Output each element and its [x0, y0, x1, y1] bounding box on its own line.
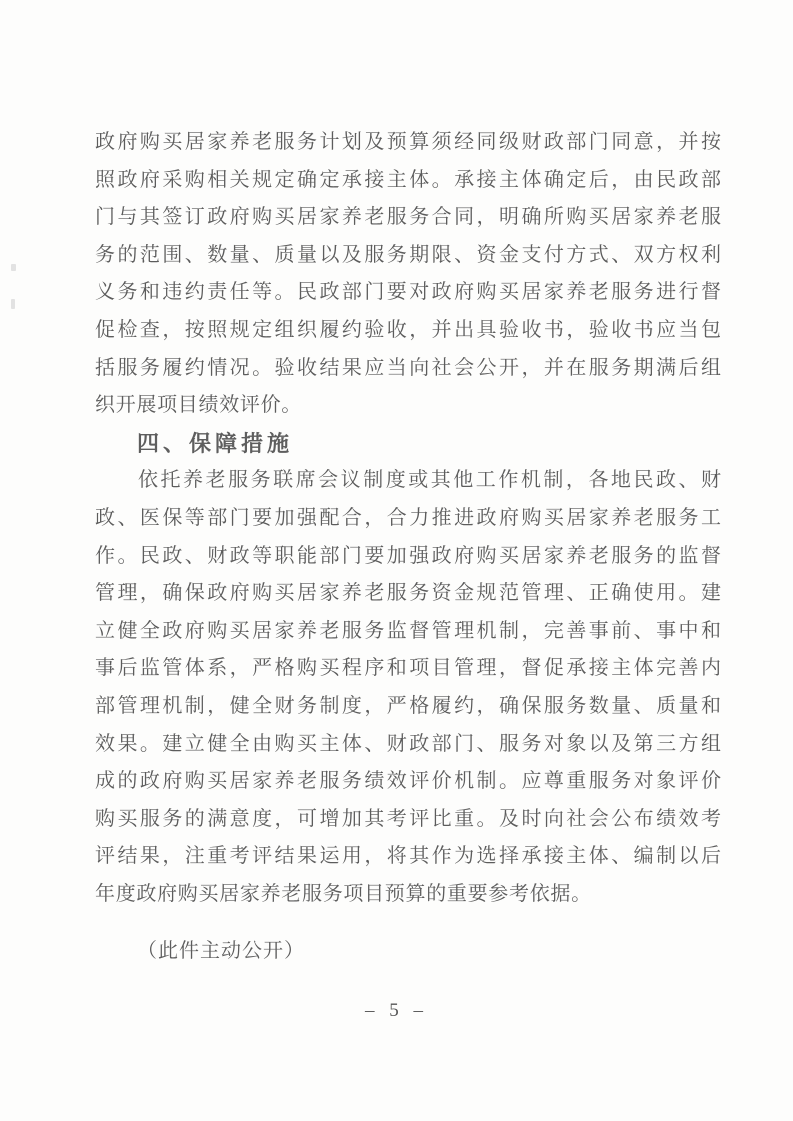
document-page: 政府购买居家养老服务计划及预算须经同级财政部门同意，并按照政府采购相关规定确定承…: [0, 0, 793, 1121]
text-line: 照政府采购相关规定确定承接主体。承接主体确定后，由民政部: [95, 162, 721, 200]
text-line: 立健全政府购买居家养老服务监督管理机制，完善事前、事中和: [95, 613, 721, 651]
text-line: 门与其签订政府购买居家养老服务合同，明确所购买居家养老服: [95, 199, 721, 237]
text-line: 部管理机制，健全财务制度，严格履约，确保服务数量、质量和: [95, 688, 721, 726]
text-line: 括服务履约情况。验收结果应当向社会公开，并在服务期满后组: [95, 350, 721, 388]
text-line: 义务和违约责任等。民政部门要对政府购买居家养老服务进行督: [95, 274, 721, 312]
text-line: 作。民政、财政等职能部门要加强政府购买居家养老服务的监督: [95, 538, 721, 576]
text-line: 事后监管体系，严格购买程序和项目管理，督促承接主体完善内: [95, 650, 721, 688]
text-line: 务的范围、数量、质量以及服务期限、资金支付方式、双方权利: [95, 237, 721, 275]
text-line: 政、医保等部门要加强配合，合力推进政府购买居家养老服务工: [95, 500, 721, 538]
text-line: 年度政府购买居家养老服务项目预算的重要参考依据。: [95, 876, 721, 914]
disclosure-note: （此件主动公开）: [137, 933, 305, 971]
text-line: 效果。建立健全由购买主体、财政部门、服务对象以及第三方组: [95, 726, 721, 764]
text-line: 管理，确保政府购买居家养老服务资金规范管理、正确使用。建: [95, 575, 721, 613]
scan-artifact: [11, 299, 15, 309]
section-heading: 四、保障措施: [95, 425, 721, 463]
scan-artifact: [11, 264, 16, 271]
document-body: 政府购买居家养老服务计划及预算须经同级财政部门同意，并按照政府采购相关规定确定承…: [95, 124, 721, 913]
text-line: 购买服务的满意度，可增加其考评比重。及时向社会公布绩效考: [95, 801, 721, 839]
text-line: 评结果，注重考评结果运用，将其作为选择承接主体、编制以后: [95, 838, 721, 876]
text-line: 织开展项目绩效评价。: [95, 387, 721, 425]
text-line: 成的政府购买居家养老服务绩效评价机制。应尊重服务对象评价: [95, 763, 721, 801]
page-number: – 5 –: [0, 1000, 793, 1022]
text-line: 政府购买居家养老服务计划及预算须经同级财政部门同意，并按: [95, 124, 721, 162]
text-line: 促检查，按照规定组织履约验收，并出具验收书，验收书应当包: [95, 312, 721, 350]
text-line: 依托养老服务联席会议制度或其他工作机制，各地民政、财: [95, 462, 721, 500]
